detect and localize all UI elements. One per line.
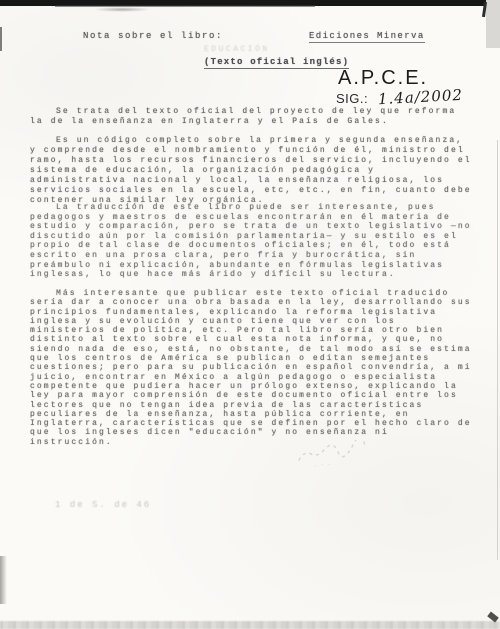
sig-label: SIG.: bbox=[336, 91, 368, 106]
book-subtitle: (Texto oficial inglés) bbox=[204, 57, 349, 69]
scan-edge-right bbox=[497, 140, 498, 560]
publisher-name: Ediciones Minerva bbox=[309, 31, 425, 43]
paragraph-1: Se trata del texto oficial del proyecto … bbox=[30, 107, 474, 127]
archive-stamp: A.P.C.E. bbox=[338, 67, 428, 90]
scan-corner-top-right bbox=[486, 0, 500, 48]
paragraph-3: La traducción de este libro puede ser in… bbox=[30, 203, 474, 280]
date-note: 1 de S. de 46 bbox=[55, 500, 151, 510]
note-label: Nota sobre el libro: bbox=[83, 31, 223, 41]
scan-edge-left bbox=[0, 27, 2, 51]
scan-blob-bottom-left bbox=[0, 556, 7, 604]
signature-code-line: SIG.: 1.4a/2002 bbox=[336, 89, 463, 108]
scan-smudge bbox=[93, 7, 151, 12]
book-title-faded: EDUCACIÓN bbox=[204, 45, 270, 54]
signature-mark-icon bbox=[295, 440, 385, 475]
paragraph-4: Más interesante que publicar este texto … bbox=[30, 289, 474, 447]
paragraph-2: Es un código completo sobre la primera y… bbox=[30, 136, 474, 206]
scan-edge-bottom bbox=[0, 621, 500, 629]
sig-value-handwritten: 1.4a/2002 bbox=[377, 86, 463, 108]
